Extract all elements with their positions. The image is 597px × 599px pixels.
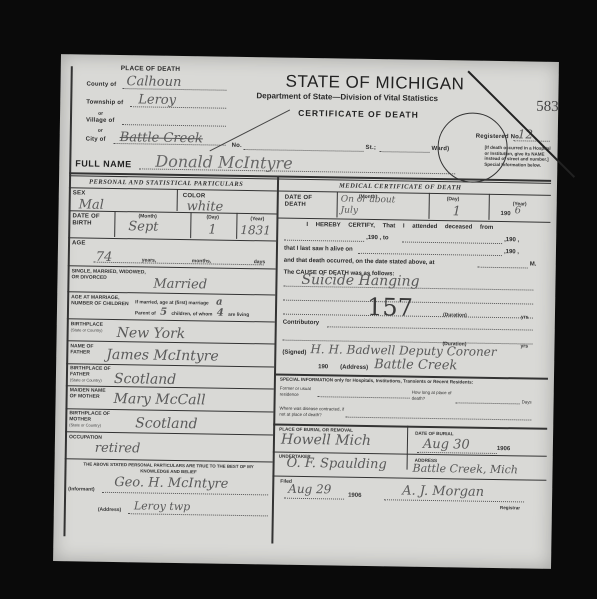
full-name-label: FULL NAME — [75, 158, 131, 169]
informant-address-label: (Address) — [98, 507, 121, 513]
date-of-death-label: DATE OF DEATH — [285, 195, 321, 210]
m-label: M. — [530, 262, 537, 268]
dod-year-value: 6 — [515, 205, 522, 216]
dob-day-label: (Day) — [206, 214, 219, 220]
days-label-special: Days — [522, 399, 532, 404]
city-label: City of — [86, 137, 106, 144]
children-count: 5 — [160, 307, 167, 318]
father-name-label: NAME OF FATHER — [70, 343, 104, 356]
certify-line: I HEREBY CERTIFY, That I attended deceas… — [306, 222, 493, 231]
yrs-label-2: yrs — [520, 343, 528, 349]
are-living-text: are living — [228, 313, 249, 318]
dob-year-label: (Year) — [250, 216, 264, 222]
township-label: Township of — [86, 100, 123, 108]
dob-label: DATE OF BIRTH — [72, 213, 102, 227]
disease-contracted-label: Where was disease contracted, if not at … — [279, 406, 349, 418]
registrar-label: Registrar — [500, 505, 520, 510]
department: Department of State—Division of Vital St… — [256, 91, 438, 103]
to-190: ,190 , — [504, 237, 519, 243]
filed-date: Aug 29 — [288, 482, 331, 497]
state-title: STATE OF MICHIGAN — [285, 72, 464, 95]
death-occurred-line: and that death occurred, on the date sta… — [284, 258, 435, 266]
mother-birthplace-sub: (State or Country) — [69, 422, 101, 427]
months-label: months, — [192, 258, 212, 264]
former-residence-label: Former or usual residence — [280, 386, 320, 398]
certificate-number: 583 — [536, 99, 559, 116]
township-field: Township of Leroy — [86, 95, 226, 111]
signed-date-prefix: 190 — [318, 364, 328, 370]
dob-day-value: 1 — [208, 222, 217, 237]
dod-day-label: (Day) — [447, 196, 460, 202]
marriage-label: AGE AT MARRIAGE, NUMBER OF CHILDREN — [71, 294, 129, 307]
death-certificate: PLACE OF DEATH County of Calhoun Townshi… — [53, 54, 559, 569]
mother-birthplace-value: Scotland — [135, 415, 198, 432]
dob-year-value: 1831 — [240, 223, 271, 237]
signed-value: H. H. Badwell Deputy Coroner — [310, 342, 496, 359]
dob-div-2 — [190, 212, 191, 238]
burial-place-value: Howell Mich — [281, 432, 371, 449]
mother-birthplace-label: BIRTHPLACE OF MOTHER — [69, 410, 113, 423]
dob-month-value: Sept — [128, 219, 158, 234]
certificate-title: CERTIFICATE OF DEATH — [298, 108, 419, 120]
mother-maiden-value: Mary McCall — [113, 391, 205, 408]
dob-div-3 — [236, 213, 237, 239]
village-field: Village of — [86, 115, 226, 129]
how-long-label: How long at place of death? — [412, 390, 456, 402]
marital-value: Married — [153, 277, 207, 293]
hospital-instructions: [If death occurred in a Hospital or Inst… — [484, 145, 550, 168]
sex-color-divider — [177, 189, 178, 211]
contributory-label: Contributory — [283, 320, 319, 327]
occupation-value: retired — [95, 441, 141, 457]
dod-day-value: 1 — [452, 204, 461, 219]
row-rule-2 — [68, 237, 276, 241]
dob-div-1 — [114, 211, 115, 237]
village-label: Village of — [86, 118, 115, 125]
years-label: years, — [142, 257, 157, 263]
days-label: days — [254, 259, 265, 265]
married-age-value: a — [216, 297, 223, 308]
medical-address-label: (Address) — [340, 365, 368, 371]
marital-label: SINGLE, MARRIED, WIDOWED, OR DIVORCED — [71, 268, 151, 281]
filed-year: 1906 — [348, 493, 361, 499]
birthplace-sub: (State or Country) — [71, 327, 103, 332]
informant-label: (Informant) — [68, 486, 94, 492]
living-count: 4 — [217, 308, 224, 319]
undertaker-address-value: Battle Creek, Mich — [412, 462, 518, 477]
medical-address-value: Battle Creek — [374, 357, 457, 373]
signed-label: (Signed) — [282, 350, 306, 356]
duration-label-1: (Duration) — [443, 312, 467, 318]
city-value: Battle Creek — [120, 130, 203, 146]
informant-value: Geo. H. McIntyre — [114, 475, 228, 492]
city-field: City of Battle Creek — [86, 132, 226, 148]
last-saw-line: that I last saw h alive on — [284, 246, 353, 253]
father-birthplace-label: BIRTHPLACE OF FATHER — [70, 365, 114, 378]
burial-date-value: Aug 30 — [423, 437, 470, 453]
burial-year: 1906 — [497, 446, 510, 452]
alive-190: ,190 , — [504, 249, 519, 255]
place-of-death-heading: PLACE OF DEATH — [121, 65, 180, 73]
mother-maiden-label: MAIDEN NAME OF MOTHER — [70, 387, 110, 400]
county-field: County of Calhoun — [86, 77, 226, 93]
dod-div-3 — [488, 194, 489, 220]
personal-title-rule — [69, 187, 277, 191]
yrs-label-1: yrs — [521, 314, 529, 320]
informant-address-value: Leroy twp — [134, 499, 190, 513]
dod-div-2 — [428, 193, 429, 219]
undertaker-value: O. F. Spaulding — [286, 456, 386, 473]
center-divider — [271, 176, 278, 544]
children-of-whom-text: children, of whom — [171, 312, 212, 318]
street-label: St.; — [366, 145, 377, 152]
registrar-signature: A. J. Morgan — [402, 484, 484, 500]
burial-divider — [407, 426, 409, 470]
dod-year-prefix: 190 — [501, 211, 511, 217]
dod-month-value: On or about July — [340, 195, 408, 218]
father-birthplace-sub: (State or Country) — [70, 377, 102, 382]
special-info-title: SPECIAL INFORMATION only for Hospitals, … — [280, 377, 473, 385]
dod-div-1 — [336, 191, 337, 217]
cause-code: 157 — [367, 293, 413, 322]
street-no-label: No. — [232, 143, 242, 150]
birthplace-value: New York — [117, 325, 186, 342]
county-value: Calhoun — [126, 74, 181, 90]
burial-date-label: DATE OF BURIAL — [415, 431, 454, 437]
from-190-to: ,190 , to — [366, 235, 388, 241]
township-value: Leroy — [138, 92, 176, 108]
cause-value: Suicide Hanging — [301, 272, 419, 290]
full-name-value: Donald McIntyre — [155, 152, 293, 173]
parent-of-text: Parent of — [135, 311, 156, 316]
age-label: AGE — [72, 240, 86, 247]
father-name-value: James McIntyre — [106, 347, 219, 365]
filed-rule — [272, 475, 546, 480]
county-label: County of — [86, 82, 116, 89]
personal-section-title: PERSONAL AND STATISTICAL PARTICULARS — [89, 179, 243, 188]
children-line: Parent of 5 children, of whom 4 are livi… — [135, 306, 249, 319]
medical-section-title: MEDICAL CERTIFICATE OF DEATH — [339, 183, 462, 192]
attestation-text: THE ABOVE STATED PERSONAL PARTICULARS AR… — [68, 461, 268, 475]
